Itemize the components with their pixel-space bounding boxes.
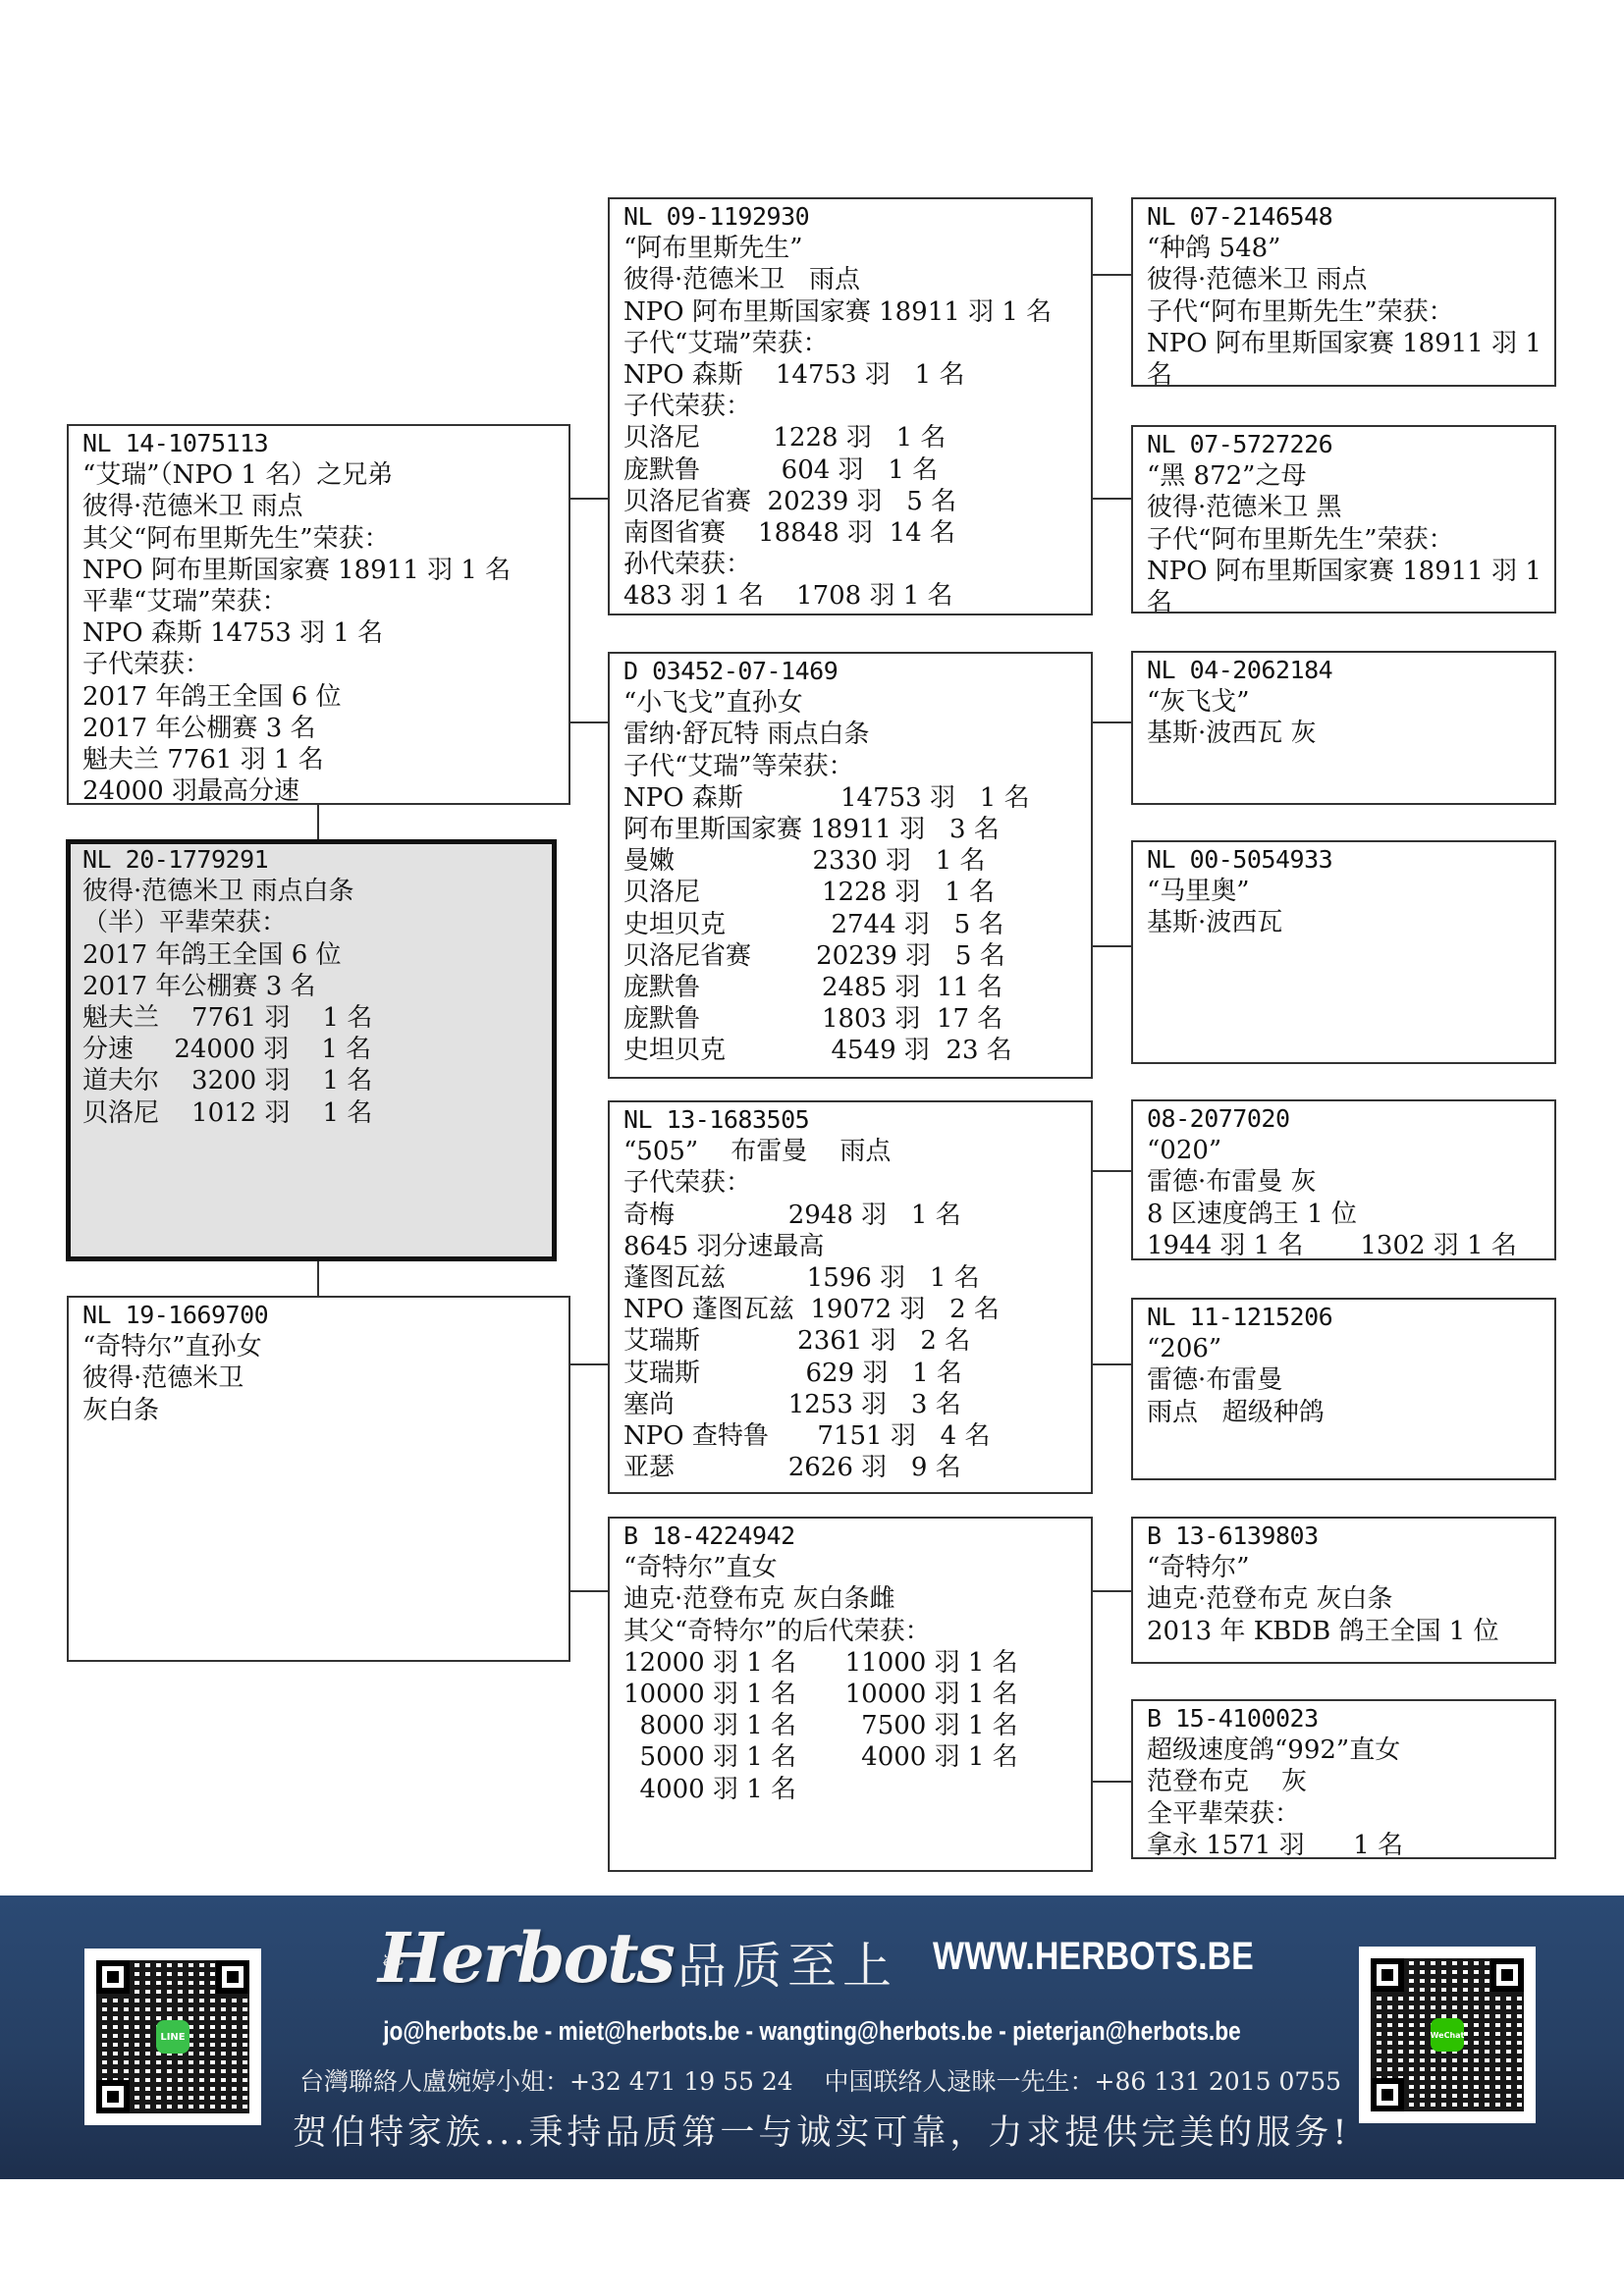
ring-number: NL 09-1192930: [623, 201, 1077, 233]
qr-finder-icon: [216, 1960, 249, 1994]
card-line: 12000 羽 1 名 11000 羽 1 名: [623, 1647, 1077, 1679]
slogan-text: 品质至上: [677, 1927, 897, 1998]
card-line: 全平辈荣获：: [1147, 1798, 1541, 1830]
card-line: 24000 羽最高分速: [82, 775, 555, 805]
card-line: 基斯·波西瓦 灰: [1147, 718, 1541, 749]
contact-china: 中国联络人逯睐一先生：+86 131 2015 0755: [825, 2067, 1342, 2096]
connector-dam-to-dam-dam: [570, 1590, 608, 1592]
ring-number: NL 07-2146548: [1147, 201, 1541, 233]
herbots-logo: Herbots: [378, 1917, 674, 1999]
ring-number: B 13-6139803: [1147, 1521, 1541, 1552]
motto-text: 贺伯特家族...秉持品质第一与诚实可靠，力求提供完美的服务!: [293, 2106, 1350, 2155]
card-line: 2013 年 KBDB 鸽王全国 1 位: [1147, 1616, 1541, 1647]
ring-number: 08-2077020: [1147, 1103, 1541, 1135]
card-line: 贝洛尼 1228 羽 1 名: [623, 422, 1077, 454]
card-line: 名: [1147, 587, 1541, 614]
card-line: 庞默鲁 604 羽 1 名: [623, 454, 1077, 486]
card-line: “206”: [1147, 1333, 1541, 1364]
card-line: 子代荣获：: [623, 391, 1077, 422]
card-line: 1944 羽 1 名 1302 羽 1 名: [1147, 1230, 1541, 1260]
dam-dam-card: B 18-4224942“奇特尔”直女迪克·范登布克 灰白条雌其父“奇特尔”的后…: [608, 1517, 1093, 1872]
card-line: 艾瑞斯 2361 羽 2 名: [623, 1325, 1077, 1357]
ring-number: B 15-4100023: [1147, 1703, 1541, 1735]
card-line: 魁夫兰 7761 羽 1 名: [82, 1002, 540, 1034]
card-line: 艾瑞斯 629 羽 1 名: [623, 1358, 1077, 1389]
connector-sire-to-sire-dam: [570, 721, 608, 723]
wechat-qr-code[interactable]: WeChat: [1359, 1947, 1536, 2123]
card-line: 孙代荣获：: [623, 549, 1077, 580]
card-line: NPO 森斯 14753 羽 1 名: [82, 617, 555, 649]
dam-card: NL 19-1669700“奇特尔”直孙女彼得·范德米卫灰白条: [67, 1296, 570, 1662]
card-line: 彼得·范德米卫 雨点: [623, 264, 1077, 295]
card-line: NPO 蓬图瓦兹 19072 羽 2 名: [623, 1294, 1077, 1325]
ggp-card-6: NL 11-1215206“206”雷德·布雷曼雨点 超级种鸽: [1131, 1298, 1556, 1480]
ring-number: NL 14-1075113: [82, 428, 555, 459]
card-line: NPO 森斯 14753 羽 1 名: [623, 359, 1077, 391]
email-list[interactable]: jo@herbots.be - miet@herbots.be - wangti…: [383, 2016, 1241, 2047]
ggp-card-1: NL 07-2146548“种鸽 548”彼得·范德米卫 雨点子代“阿布里斯先生…: [1131, 197, 1556, 387]
ggp-card-2: NL 07-5727226“黑 872”之母彼得·范德米卫 黑子代“阿布里斯先生…: [1131, 425, 1556, 614]
card-line: 子代“艾瑞”荣获：: [623, 328, 1077, 359]
card-line: 彼得·范德米卫 雨点白条: [82, 876, 540, 907]
qr-finder-icon: [96, 1960, 130, 1994]
ring-number: D 03452-07-1469: [623, 656, 1077, 687]
contact-spacer: [793, 2067, 825, 2096]
card-line: 10000 羽 1 名 10000 羽 1 名: [623, 1679, 1077, 1710]
card-line: 雷德·布雷曼: [1147, 1364, 1541, 1396]
ggp-card-4: NL 00-5054933“马里奥”基斯·波西瓦: [1131, 840, 1556, 1064]
card-line: 贝洛尼省赛 20239 羽 5 名: [623, 940, 1077, 972]
card-line: “020”: [1147, 1135, 1541, 1166]
card-line: “黑 872”之母: [1147, 460, 1541, 492]
card-line: 南图省赛 18848 羽 14 名: [623, 517, 1077, 549]
card-line: NPO 阿布里斯国家赛 18911 羽 1: [1147, 328, 1541, 359]
card-line: 迪克·范登布克 灰白条: [1147, 1583, 1541, 1615]
qr-finder-icon: [1371, 2078, 1404, 2111]
card-line: 阿布里斯国家赛 18911 羽 3 名: [623, 814, 1077, 845]
card-line: 奇梅 2948 羽 1 名: [623, 1200, 1077, 1231]
card-line: “灰飞戈”: [1147, 686, 1541, 718]
ring-number: NL 04-2062184: [1147, 655, 1541, 686]
card-line: 其父“奇特尔”的后代荣获：: [623, 1616, 1077, 1647]
card-line: 贝洛尼 1228 羽 1 名: [623, 877, 1077, 908]
ring-number: NL 07-5727226: [1147, 429, 1541, 460]
card-line: 迪克·范登布克 灰白条雌: [623, 1583, 1077, 1615]
ring-number: NL 13-1683505: [623, 1104, 1077, 1136]
card-line: 4000 羽 1 名: [623, 1774, 1077, 1805]
sire-dam-card: D 03452-07-1469“小飞戈”直孙女雷纳·舒瓦特 雨点白条子代“艾瑞”…: [608, 652, 1093, 1079]
connector-dam-to-dam-sire: [570, 1363, 608, 1365]
sire-sire-card: NL 09-1192930“阿布里斯先生”彼得·范德米卫 雨点NPO 阿布里斯国…: [608, 197, 1093, 615]
card-line: 超级速度鸽“992”直女: [1147, 1735, 1541, 1766]
card-line: NPO 查特鲁 7151 羽 4 名: [623, 1420, 1077, 1452]
card-line: 子代荣获：: [623, 1167, 1077, 1199]
card-line: “马里奥”: [1147, 876, 1541, 907]
card-line: 贝洛尼 1012 羽 1 名: [82, 1097, 540, 1129]
card-line: 子代“阿布里斯先生”荣获：: [1147, 296, 1541, 328]
card-line: 史坦贝克 4549 羽 23 名: [623, 1035, 1077, 1066]
card-line: 彼得·范德米卫 黑: [1147, 492, 1541, 523]
card-line: 亚瑟 2626 羽 9 名: [623, 1452, 1077, 1483]
card-line: NPO 阿布里斯国家赛 18911 羽 1 名: [623, 296, 1077, 328]
card-line: 范登布克 灰: [1147, 1766, 1541, 1797]
card-line: NPO 森斯 14753 羽 1 名: [623, 782, 1077, 814]
website-link[interactable]: WWW.HERBOTS.BE: [933, 1935, 1254, 1979]
card-line: 蓬图瓦兹 1596 羽 1 名: [623, 1262, 1077, 1294]
qr-finder-icon: [1371, 1958, 1404, 1992]
connector-ggp-6: [1093, 1363, 1131, 1365]
card-line: 雨点 超级种鸽: [1147, 1397, 1541, 1428]
card-line: 平辈“艾瑞”荣获：: [82, 586, 555, 617]
card-line: 雷纳·舒瓦特 雨点白条: [623, 719, 1077, 750]
connector-ggp-4: [1093, 945, 1131, 947]
wechat-logo-icon: WeChat: [1431, 2018, 1464, 2052]
card-line: 曼嫩 2330 羽 1 名: [623, 845, 1077, 877]
phone-contacts: 台灣聯絡人盧婉婷小姐：+32 471 19 55 24 中国联络人逯睐一先生：+…: [299, 2062, 1341, 2098]
card-line: 8645 羽分速最高: [623, 1231, 1077, 1262]
card-line: 8 区速度鸽王 1 位: [1147, 1199, 1541, 1230]
ring-number: NL 20-1779291: [82, 844, 540, 876]
ring-number: NL 19-1669700: [82, 1300, 555, 1331]
card-line: 史坦贝克 2744 羽 5 名: [623, 909, 1077, 940]
card-line: 庞默鲁 2485 羽 11 名: [623, 972, 1077, 1003]
ggp-card-7: B 13-6139803“奇特尔”迪克·范登布克 灰白条2013 年 KBDB …: [1131, 1517, 1556, 1664]
card-line: NPO 阿布里斯国家赛 18911 羽 1: [1147, 556, 1541, 587]
ring-number: B 18-4224942: [623, 1521, 1077, 1552]
footer-banner: LINE ❧ Herbots 品质至上 WWW.HERBOTS.BE jo@he…: [0, 1896, 1624, 2179]
card-line: “种鸽 548”: [1147, 233, 1541, 264]
card-line: 2017 年公棚赛 3 名: [82, 713, 555, 744]
card-line: NPO 阿布里斯国家赛 18911 羽 1 名: [82, 555, 555, 586]
contact-taiwan: 台灣聯絡人盧婉婷小姐：+32 471 19 55 24: [299, 2067, 793, 2096]
card-line: 彼得·范德米卫: [82, 1362, 555, 1394]
card-line: 彼得·范德米卫 雨点: [82, 491, 555, 522]
card-line: 雷德·布雷曼 灰: [1147, 1166, 1541, 1198]
connector-ggp-1: [1093, 274, 1131, 276]
connector-ggp-5: [1093, 1170, 1131, 1172]
qr-finder-icon: [1490, 1958, 1524, 1992]
card-line: 名: [1147, 359, 1541, 387]
ggp-card-5: 08-2077020“020”雷德·布雷曼 灰8 区速度鸽王 1 位1944 羽…: [1131, 1099, 1556, 1260]
ring-number: NL 00-5054933: [1147, 844, 1541, 876]
dam-sire-card: NL 13-1683505“505” 布雷曼 雨点子代荣获：奇梅 2948 羽 …: [608, 1100, 1093, 1494]
connector-ggp-7: [1093, 1590, 1131, 1592]
card-line: “艾瑞”（NPO 1 名）之兄弟: [82, 459, 555, 491]
card-line: “小飞戈”直孙女: [623, 687, 1077, 719]
card-line: 彼得·范德米卫 雨点: [1147, 264, 1541, 295]
card-line: 分速 24000 羽 1 名: [82, 1034, 540, 1065]
card-line: （半）平辈荣获：: [82, 907, 540, 938]
connector-ggp-8: [1093, 1781, 1131, 1783]
card-line: “505” 布雷曼 雨点: [623, 1136, 1077, 1167]
sire-card: NL 14-1075113“艾瑞”（NPO 1 名）之兄弟彼得·范德米卫 雨点其…: [67, 424, 570, 805]
card-line: 2017 年鸽王全国 6 位: [82, 939, 540, 971]
qr-finder-icon: [96, 2080, 130, 2113]
connector-sire-subject: [317, 804, 319, 841]
card-line: 拿永 1571 羽 1 名: [1147, 1830, 1541, 1859]
card-line: 其父“阿布里斯先生”荣获：: [82, 523, 555, 555]
card-line: “奇特尔”直孙女: [82, 1331, 555, 1362]
card-line: 灰白条: [82, 1395, 555, 1426]
card-line: 基斯·波西瓦: [1147, 907, 1541, 938]
card-line: 道夫尔 3200 羽 1 名: [82, 1065, 540, 1096]
card-line: 5000 羽 1 名 4000 羽 1 名: [623, 1741, 1077, 1773]
connector-sire-to-sire-sire: [570, 498, 608, 500]
connector-ggp-3: [1093, 721, 1131, 723]
card-line: 子代荣获：: [82, 649, 555, 680]
connector-ggp-2: [1093, 498, 1131, 500]
card-line: 子代“艾瑞”等荣获：: [623, 751, 1077, 782]
card-line: “阿布里斯先生”: [623, 233, 1077, 264]
connector-subject-dam: [317, 1260, 319, 1297]
card-line: 贝洛尼省赛 20239 羽 5 名: [623, 486, 1077, 517]
card-line: 子代“阿布里斯先生”荣获：: [1147, 524, 1541, 556]
subject-card: NL 20-1779291彼得·范德米卫 雨点白条（半）平辈荣获：2017 年鸽…: [66, 839, 557, 1261]
card-line: 2017 年公棚赛 3 名: [82, 971, 540, 1002]
card-line: “奇特尔”直女: [623, 1552, 1077, 1583]
card-line: 塞尚 1253 羽 3 名: [623, 1389, 1077, 1420]
card-line: 8000 羽 1 名 7500 羽 1 名: [623, 1710, 1077, 1741]
card-line: 483 羽 1 名 1708 羽 1 名: [623, 580, 1077, 612]
ggp-card-8: B 15-4100023超级速度鸽“992”直女范登布克 灰全平辈荣获：拿永 1…: [1131, 1699, 1556, 1859]
ring-number: NL 11-1215206: [1147, 1302, 1541, 1333]
ggp-card-3: NL 04-2062184“灰飞戈”基斯·波西瓦 灰: [1131, 651, 1556, 805]
card-line: “奇特尔”: [1147, 1552, 1541, 1583]
card-line: 2017 年鸽王全国 6 位: [82, 681, 555, 713]
card-line: 魁夫兰 7761 羽 1 名: [82, 744, 555, 775]
card-line: 庞默鲁 1803 羽 17 名: [623, 1003, 1077, 1035]
